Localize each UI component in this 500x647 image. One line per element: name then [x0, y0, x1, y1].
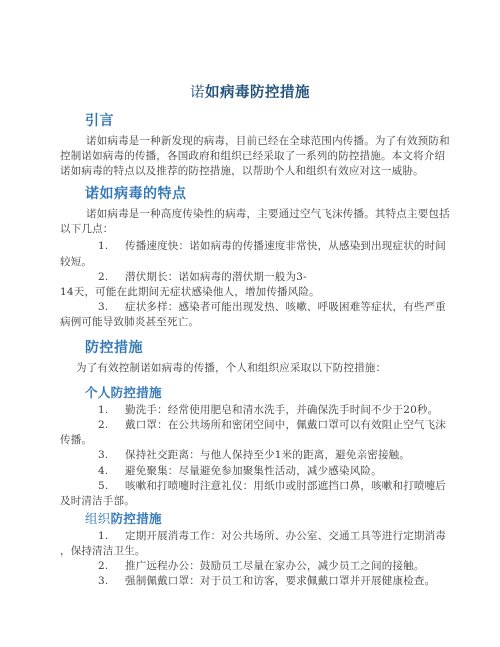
list-item-continuation: 病例可能导致肺炎甚至死亡。 [60, 315, 440, 330]
list-item-number: 1. [98, 529, 125, 544]
list-item-text: 勤洗手：经常使用肥皂和清水洗手，并确保洗手时间不少于20秒。 [125, 404, 438, 416]
list-item-text: 避免聚集：尽量避免参加聚集性活动，减少感染风险。 [125, 465, 382, 477]
list-item-number: 1. [98, 403, 125, 418]
list-item: 2.潜伏期长：诺如病毒的潜伏期一般为3- [60, 270, 440, 285]
list-item-number: 2. [98, 559, 125, 574]
list-item-number: 5. [98, 479, 125, 494]
heading-organization-measures: 组织防控措施 [85, 511, 440, 527]
heading-intro: 引言 [85, 112, 440, 130]
list-item-number: 3. [98, 448, 125, 463]
measures-lead-paragraph: 为了有效控制诺如病毒的传播，个人和组织应采取以下防控措施： [60, 361, 440, 376]
heading-control-measures: 防控措施 [85, 339, 440, 357]
list-item-number: 3. [98, 300, 125, 315]
intro-paragraph: 诺如病毒是一种新发现的病毒，目前已经在全球范围内传播。为了有效预防和 控制诺如病… [60, 134, 440, 179]
list-item-text: 咳嗽和打喷嚏时注意礼仪：用纸巾或肘部遮挡口鼻，咳嗽和打喷嚏后 [125, 480, 446, 492]
list-item-continuation: 传播。 [60, 433, 440, 448]
heading-personal-measures: 个人防控措施 [85, 385, 440, 401]
list-item: 3.保持社交距离：与他人保持至少1米的距离，避免亲密接触。 [60, 448, 440, 463]
list-item-number: 2. [98, 418, 125, 433]
list-item-text: 戴口罩：在公共场所和密闭空间中，佩戴口罩可以有效阻止空气飞沫 [125, 419, 446, 431]
document-page: 诺如病毒防控措施 引言 诺如病毒是一种新发现的病毒，目前已经在全球范围内传播。为… [0, 0, 500, 647]
document-title-prefix: 诺 [190, 85, 205, 101]
paragraph-line: 为了有效控制诺如病毒的传播，个人和组织应采取以下防控措施： [60, 361, 440, 376]
list-item: 3.强制佩戴口罩：对于员工和访客，要求佩戴口罩并开展健康检查。 [60, 574, 440, 589]
list-item: 4.避免聚集：尽量避免参加聚集性活动，减少感染风险。 [60, 464, 440, 479]
paragraph-line: 诺如病毒是一种新发现的病毒，目前已经在全球范围内传播。为了有效预防和 [60, 134, 440, 149]
features-paragraph: 诺如病毒是一种高度传染性的病毒，主要通过空气飞沫传播。其特点主要包括 以下几点： [60, 207, 440, 237]
list-item-text: 定期开展消毒工作：对公共场所、办公室、交通工具等进行定期消毒 [125, 530, 446, 542]
list-item-text: 传播速度快：诺如病毒的传播速度非常快，从感染到出现症状的时间 [125, 240, 446, 252]
list-item-text: 潜伏期长：诺如病毒的潜伏期一般为3- [125, 271, 307, 283]
list-item-continuation: 及时清洁手部。 [60, 494, 440, 509]
list-item-text: 症状多样：感染者可能出现发热、咳嗽、呼吸困难等症状，有些严重 [125, 301, 446, 313]
list-item-number: 3. [98, 574, 125, 589]
list-item-continuation: ，保持清洁卫生。 [60, 544, 440, 559]
list-item: 2.推广远程办公：鼓励员工尽量在家办公，减少员工之间的接触。 [60, 559, 440, 574]
list-item-continuation: 较短。 [60, 255, 440, 270]
list-item-text: 强制佩戴口罩：对于员工和访客，要求佩戴口罩并开展健康检查。 [125, 575, 435, 587]
paragraph-line: 控制诺如病毒的传播，各国政府和组织已经采取了一系列的防控措施。本文将介绍 [60, 149, 440, 164]
list-item: 1.传播速度快：诺如病毒的传播速度非常快，从感染到出现症状的时间 [60, 239, 440, 254]
paragraph-line: 以下几点： [60, 222, 440, 237]
document-content: 诺如病毒防控措施 引言 诺如病毒是一种新发现的病毒，目前已经在全球范围内传播。为… [0, 0, 500, 589]
document-title: 诺如病毒防控措施 [60, 84, 440, 102]
list-item-text: 推广远程办公：鼓励员工尽量在家办公，减少员工之间的接触。 [125, 560, 425, 572]
document-title-main: 如病毒防控措施 [205, 85, 310, 101]
org-heading-prefix: 组织 [85, 511, 111, 526]
list-item-number: 2. [98, 270, 125, 285]
list-item-number: 1. [98, 239, 125, 254]
organization-measures-list: 1.定期开展消毒工作：对公共场所、办公室、交通工具等进行定期消毒 ，保持清洁卫生… [60, 529, 440, 589]
list-item-continuation: 14天，可能在此期间无症状感染他人，增加传播风险。 [60, 285, 440, 300]
list-item: 1.定期开展消毒工作：对公共场所、办公室、交通工具等进行定期消毒 [60, 529, 440, 544]
list-item: 2.戴口罩：在公共场所和密闭空间中，佩戴口罩可以有效阻止空气飞沫 [60, 418, 440, 433]
list-item: 5.咳嗽和打喷嚏时注意礼仪：用纸巾或肘部遮挡口鼻，咳嗽和打喷嚏后 [60, 479, 440, 494]
list-item-number: 4. [98, 464, 125, 479]
paragraph-line: 诺如病毒是一种高度传染性的病毒，主要通过空气飞沫传播。其特点主要包括 [60, 207, 440, 222]
list-item-text: 保持社交距离：与他人保持至少1米的距离，避免亲密接触。 [125, 449, 410, 461]
org-heading-main: 防控措施 [111, 511, 162, 526]
features-list: 1.传播速度快：诺如病毒的传播速度非常快，从感染到出现症状的时间 较短。 2.潜… [60, 239, 440, 330]
heading-virus-features: 诺如病毒的特点 [85, 185, 440, 203]
list-item: 1.勤洗手：经常使用肥皂和清水洗手，并确保洗手时间不少于20秒。 [60, 403, 440, 418]
list-item: 3.症状多样：感染者可能出现发热、咳嗽、呼吸困难等症状，有些严重 [60, 300, 440, 315]
paragraph-line: 诺如病毒的特点以及推荐的防控措施，以帮助个人和组织有效应对这一威胁。 [60, 164, 440, 179]
personal-measures-list: 1.勤洗手：经常使用肥皂和清水洗手，并确保洗手时间不少于20秒。 2.戴口罩：在… [60, 403, 440, 509]
